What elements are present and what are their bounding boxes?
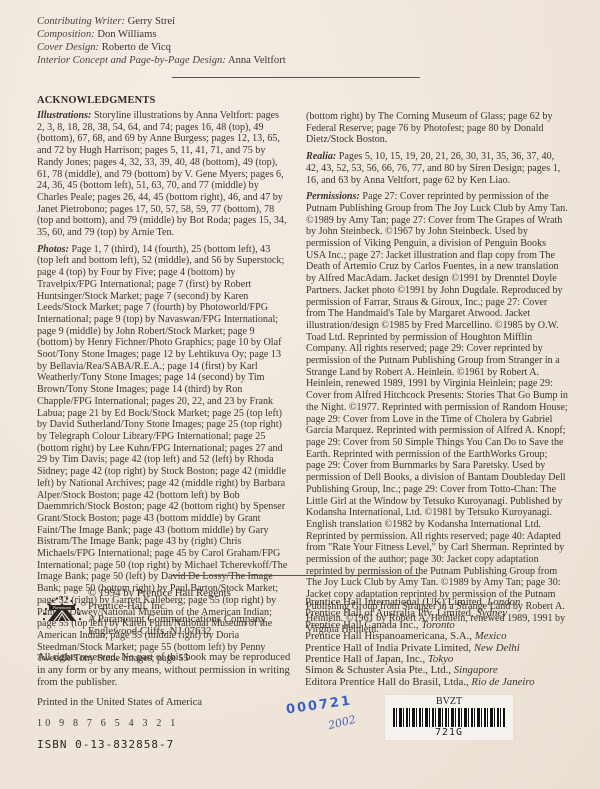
barcode-top-text: BVZT (385, 696, 513, 707)
credit-interior-design: Interior Concept and Page-by-Page Design… (37, 54, 286, 67)
acknowledgments-title: ACKNOWLEDGMENTS (37, 95, 155, 106)
office-line: Editora Prentice Hall do Brasil, Ltda., … (305, 677, 535, 688)
credit-contributing-writer: Contributing Writer: Gerry Strei (37, 15, 286, 28)
permissions-paragraph: Permissions: Page 27: Cover reprinted by… (306, 191, 568, 636)
acknowledgments-right-column: (bottom right) by The Corning Museum of … (306, 111, 568, 641)
handwritten-year: 2002 (327, 713, 357, 732)
credit-cover-design: Cover Design: Roberto de Vicq (37, 41, 286, 54)
divider-bottom (172, 575, 420, 576)
barcode-bottom-text: 721G (385, 727, 513, 738)
photos-continued-paragraph: (bottom right) by The Corning Museum of … (306, 111, 568, 146)
library-stamp-number: 000721 (285, 693, 353, 717)
print-number-line: 10 9 8 7 6 5 4 3 2 1 (37, 718, 179, 729)
publisher-block: © 1994 by Prentice Hall Regents Prentice… (88, 587, 266, 638)
realia-paragraph: Realia: Pages 5, 10, 15, 19, 20, 21, 26,… (306, 151, 568, 186)
illustrations-paragraph: Illustrations: Storyline illustrations b… (37, 110, 289, 239)
svg-text:Paramount: Paramount (52, 605, 72, 610)
credit-composition: Composition: Don Williams (37, 28, 286, 41)
paramount-logo-icon: Paramount (40, 592, 84, 624)
barcode-icon (393, 708, 505, 727)
isbn: ISBN 0-13-832858-7 (37, 738, 174, 751)
barcode-label: BVZT 721G (384, 694, 514, 741)
divider-top (172, 77, 420, 78)
international-offices: Prentice Hall International (UK) Limited… (305, 597, 535, 688)
printed-in-statement: Printed in the United States of America (37, 697, 202, 708)
credits-block: Contributing Writer: Gerry Strei Composi… (37, 15, 286, 67)
rights-statement: All rights reserved. No part of this boo… (37, 652, 297, 690)
